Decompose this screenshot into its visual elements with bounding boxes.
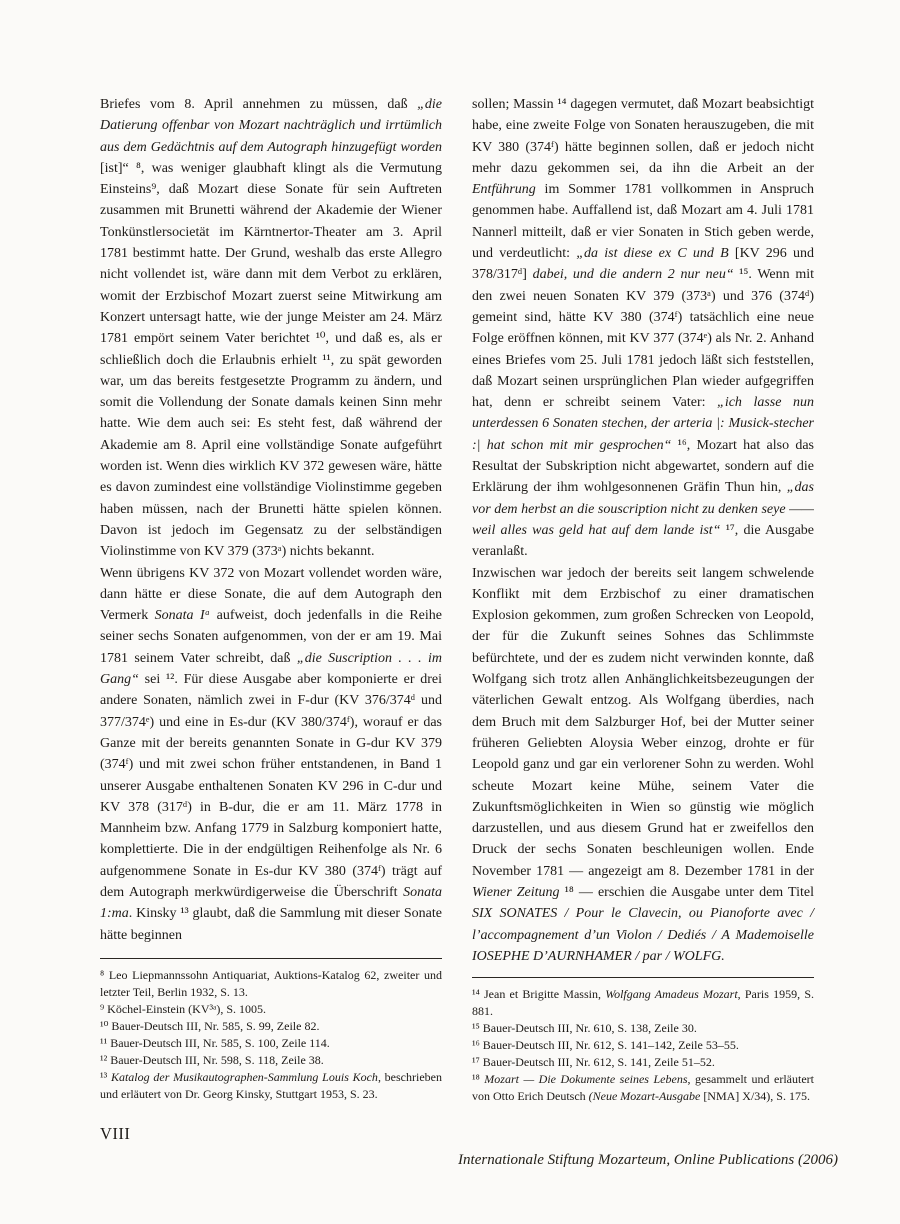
footnote-13: ¹³ Katalog der Musikautographen-Sammlung… <box>100 1069 442 1103</box>
page-number: VIII <box>100 1124 130 1144</box>
paragraph: Briefes vom 8. April annehmen zu müssen,… <box>100 94 442 563</box>
footnote-18: ¹⁸ Mozart — Die Dokumente seines Lebens,… <box>472 1071 814 1105</box>
footnote-divider <box>472 977 814 978</box>
paragraph: Wenn übrigens KV 372 von Mozart vollende… <box>100 563 442 946</box>
footnote-14: ¹⁴ Jean et Brigitte Massin, Wolfgang Ama… <box>472 986 814 1020</box>
right-footnotes: ¹⁴ Jean et Brigitte Massin, Wolfgang Ama… <box>472 986 814 1105</box>
footnote-divider <box>100 958 442 959</box>
footnote-9: ⁹ Köchel-Einstein (KV³ᵃ), S. 1005. <box>100 1001 442 1018</box>
document-page: Briefes vom 8. April annehmen zu müssen,… <box>0 0 900 1224</box>
left-footnotes: ⁸ Leo Liepmannssohn Antiquariat, Auktion… <box>100 967 442 1103</box>
left-column: Briefes vom 8. April annehmen zu müssen,… <box>100 94 442 1105</box>
left-column-text: Briefes vom 8. April annehmen zu müssen,… <box>100 94 442 948</box>
two-column-layout: Briefes vom 8. April annehmen zu müssen,… <box>100 94 814 1105</box>
footnote-12: ¹² Bauer-Deutsch III, Nr. 598, S. 118, Z… <box>100 1052 442 1069</box>
footnote-10: ¹⁰ Bauer-Deutsch III, Nr. 585, S. 99, Ze… <box>100 1018 442 1035</box>
right-column-text: sollen; Massin ¹⁴ dagegen vermutet, daß … <box>472 94 814 967</box>
paragraph: Inzwischen war jedoch der bereits seit l… <box>472 563 814 968</box>
footnote-8: ⁸ Leo Liepmannssohn Antiquariat, Auktion… <box>100 967 442 1001</box>
footnote-11: ¹¹ Bauer-Deutsch III, Nr. 585, S. 100, Z… <box>100 1035 442 1052</box>
footnote-16: ¹⁶ Bauer-Deutsch III, Nr. 612, S. 141–14… <box>472 1037 814 1054</box>
footnote-15: ¹⁵ Bauer-Deutsch III, Nr. 610, S. 138, Z… <box>472 1020 814 1037</box>
footnote-17: ¹⁷ Bauer-Deutsch III, Nr. 612, S. 141, Z… <box>472 1054 814 1071</box>
right-column: sollen; Massin ¹⁴ dagegen vermutet, daß … <box>472 94 814 1105</box>
paragraph: sollen; Massin ¹⁴ dagegen vermutet, daß … <box>472 94 814 563</box>
footer-credit: Internationale Stiftung Mozarteum, Onlin… <box>458 1152 838 1169</box>
